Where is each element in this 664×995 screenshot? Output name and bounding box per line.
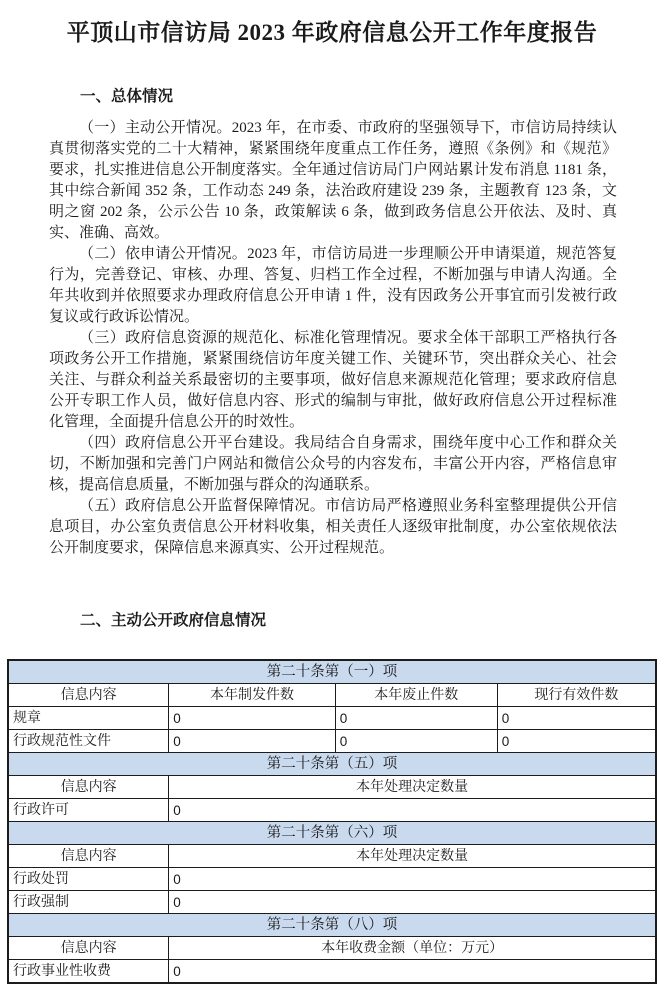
- table-header-row: 信息内容本年处理决定数量: [8, 845, 656, 868]
- row-label-cell: 行政处罚: [8, 868, 169, 891]
- value-cell: 0: [169, 960, 656, 984]
- paragraph: （五）政府信息公开监督保障情况。市信访局严格遵照业务科室整理提供公开信息项目，办…: [49, 496, 617, 559]
- table-row: 行政处罚0: [8, 868, 656, 891]
- value-cell: 0: [497, 730, 656, 753]
- column-header-cell: 本年处理决定数量: [169, 776, 656, 799]
- paragraph: （四）政府信息公开平台建设。我局结合自身需求，围绕年度中心工作和群众关切，不断加…: [49, 433, 617, 496]
- row-label-cell: 行政强制: [8, 891, 169, 914]
- section1-heading: 一、总体情况: [49, 87, 617, 107]
- column-header-cell: 信息内容: [8, 937, 169, 960]
- column-header-cell: 现行有效件数: [497, 684, 656, 707]
- row-label-cell: 行政规范性文件: [8, 730, 169, 753]
- table-row: 行政强制0: [8, 891, 656, 914]
- disclosure-table: 第二十条第（一）项信息内容本年制发件数本年废止件数现行有效件数规章000行政规范…: [7, 659, 657, 984]
- row-label-cell: 规章: [8, 707, 169, 730]
- table-section-row: 第二十条第（五）项: [8, 753, 656, 776]
- row-label-cell: 行政事业性收费: [8, 960, 169, 984]
- column-header-cell: 本年处理决定数量: [169, 845, 656, 868]
- value-cell: 0: [497, 707, 656, 730]
- column-header-cell: 本年制发件数: [169, 684, 336, 707]
- value-cell: 0: [169, 799, 656, 822]
- paragraph: （三）政府信息资源的规范化、标准化管理情况。要求全体干部职工严格执行各项政务公开…: [49, 328, 617, 433]
- column-header-cell: 本年废止件数: [335, 684, 497, 707]
- column-header-cell: 信息内容: [8, 776, 169, 799]
- value-cell: 0: [169, 868, 656, 891]
- column-header-cell: 本年收费金额（单位：万元）: [169, 937, 656, 960]
- table-header-row: 信息内容本年制发件数本年废止件数现行有效件数: [8, 684, 656, 707]
- table-row: 行政规范性文件000: [8, 730, 656, 753]
- table-section-title: 第二十条第（六）项: [8, 822, 656, 845]
- table-row: 规章000: [8, 707, 656, 730]
- table-section-row: 第二十条第（八）项: [8, 914, 656, 937]
- column-header-cell: 信息内容: [8, 845, 169, 868]
- disclosure-table-body: 第二十条第（一）项信息内容本年制发件数本年废止件数现行有效件数规章000行政规范…: [8, 660, 656, 983]
- table-section-row: 第二十条第（六）项: [8, 822, 656, 845]
- value-cell: 0: [335, 730, 497, 753]
- document-page: 平顶山市信访局 2023 年政府信息公开工作年度报告 一、总体情况 （一）主动公…: [0, 0, 664, 995]
- table-header-row: 信息内容本年收费金额（单位：万元）: [8, 937, 656, 960]
- value-cell: 0: [169, 707, 336, 730]
- paragraph: （一）主动公开情况。2023 年，在市委、市政府的坚强领导下，市信访局持续认真贯…: [49, 118, 617, 244]
- value-cell: 0: [335, 707, 497, 730]
- section1-paragraphs: （一）主动公开情况。2023 年，在市委、市政府的坚强领导下，市信访局持续认真贯…: [0, 118, 664, 559]
- table-row: 行政事业性收费0: [8, 960, 656, 984]
- table-header-row: 信息内容本年处理决定数量: [8, 776, 656, 799]
- value-cell: 0: [169, 730, 336, 753]
- table-section-title: 第二十条第（五）项: [8, 753, 656, 776]
- value-cell: 0: [169, 891, 656, 914]
- table-section-title: 第二十条第（一）项: [8, 660, 656, 684]
- table-section-row: 第二十条第（一）项: [8, 660, 656, 684]
- document-title: 平顶山市信访局 2023 年政府信息公开工作年度报告: [58, 14, 606, 51]
- table-row: 行政许可0: [8, 799, 656, 822]
- table-section-title: 第二十条第（八）项: [8, 914, 656, 937]
- row-label-cell: 行政许可: [8, 799, 169, 822]
- paragraph: （二）依申请公开情况。2023 年，市信访局进一步理顺公开申请渠道，规范答复行为…: [49, 244, 617, 328]
- section2-heading: 二、主动公开政府信息情况: [49, 611, 617, 631]
- column-header-cell: 信息内容: [8, 684, 169, 707]
